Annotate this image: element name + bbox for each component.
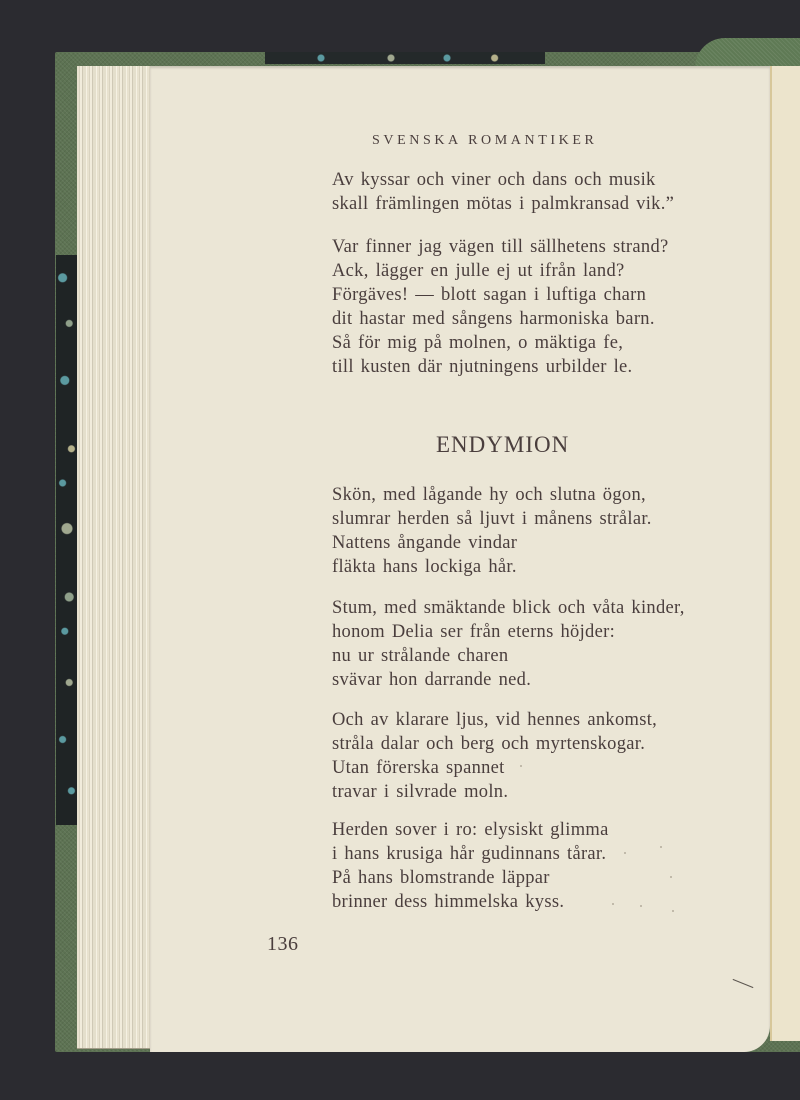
verse-line: Och av klarare ljus, vid hennes ankomst,: [332, 708, 657, 732]
verse-line: slumrar herden så ljuvt i månens strålar…: [332, 507, 652, 531]
verse-line: travar i silvrade moln.: [332, 780, 657, 804]
poem-stanza-2: Stum, med smäktande blick och våta kinde…: [332, 596, 685, 692]
verse-line: dit hastar med sångens harmoniska barn.: [332, 307, 669, 331]
previous-poem-stanza-1: Av kyssar och viner och dans och musik s…: [332, 168, 674, 216]
verse-line: Skön, med lågande hy och slutna ögon,: [332, 483, 652, 507]
poem-title: ENDYMION: [436, 432, 569, 458]
verse-line: Av kyssar och viner och dans och musik: [332, 168, 674, 192]
verse-line: Herden sover i ro: elysiskt glimma: [332, 818, 609, 842]
marbled-endpaper-top: [265, 52, 545, 64]
running-head: SVENSKA ROMANTIKER: [372, 133, 597, 149]
poem-stanza-1: Skön, med lågande hy och slutna ögon, sl…: [332, 483, 652, 579]
paper-speck: [624, 852, 626, 854]
previous-poem-stanza-2: Var finner jag vägen till sällhetens str…: [332, 235, 669, 379]
verse-line: i hans krusiga hår gudinnans tårar.: [332, 842, 609, 866]
verse-line: honom Delia ser från eterns höjder:: [332, 620, 685, 644]
paper-speck: [612, 903, 614, 905]
verse-line: till kusten där njutningens urbilder le.: [332, 355, 669, 379]
verse-line: brinner dess himmelska kyss.: [332, 890, 609, 914]
facing-page-edge: [770, 66, 800, 1041]
verse-line: Ack, lägger en julle ej ut ifrån land?: [332, 259, 669, 283]
page-number: 136: [267, 933, 299, 956]
paper-speck: [670, 876, 672, 878]
verse-line: På hans blomstrande läppar: [332, 866, 609, 890]
marbled-endpaper-left: [56, 255, 78, 825]
paper-speck: [640, 905, 642, 907]
verse-line: skall främlingen mötas i palmkransad vik…: [332, 192, 674, 216]
verse-line: stråla dalar och berg och myrtenskogar.: [332, 732, 657, 756]
paper-speck: [660, 846, 662, 848]
verse-line: Förgäves! — blott sagan i luftiga charn: [332, 283, 669, 307]
verse-line: nu ur strålande charen: [332, 644, 685, 668]
paper-speck: [672, 910, 674, 912]
verse-line: Nattens ångande vindar: [332, 531, 652, 555]
verse-line: svävar hon darrande ned.: [332, 668, 685, 692]
verse-line: fläkta hans lockiga hår.: [332, 555, 652, 579]
paper-speck: [520, 765, 522, 767]
verse-line: Var finner jag vägen till sällhetens str…: [332, 235, 669, 259]
verse-line: Utan förerska spannet: [332, 756, 657, 780]
page-stack-edge: [77, 66, 157, 1049]
verse-line: Stum, med smäktande blick och våta kinde…: [332, 596, 685, 620]
book-cover-top-edge: [695, 38, 800, 68]
poem-stanza-4: Herden sover i ro: elysiskt glimma i han…: [332, 818, 609, 914]
poem-stanza-3: Och av klarare ljus, vid hennes ankomst,…: [332, 708, 657, 804]
verse-line: Så för mig på molnen, o mäktiga fe,: [332, 331, 669, 355]
